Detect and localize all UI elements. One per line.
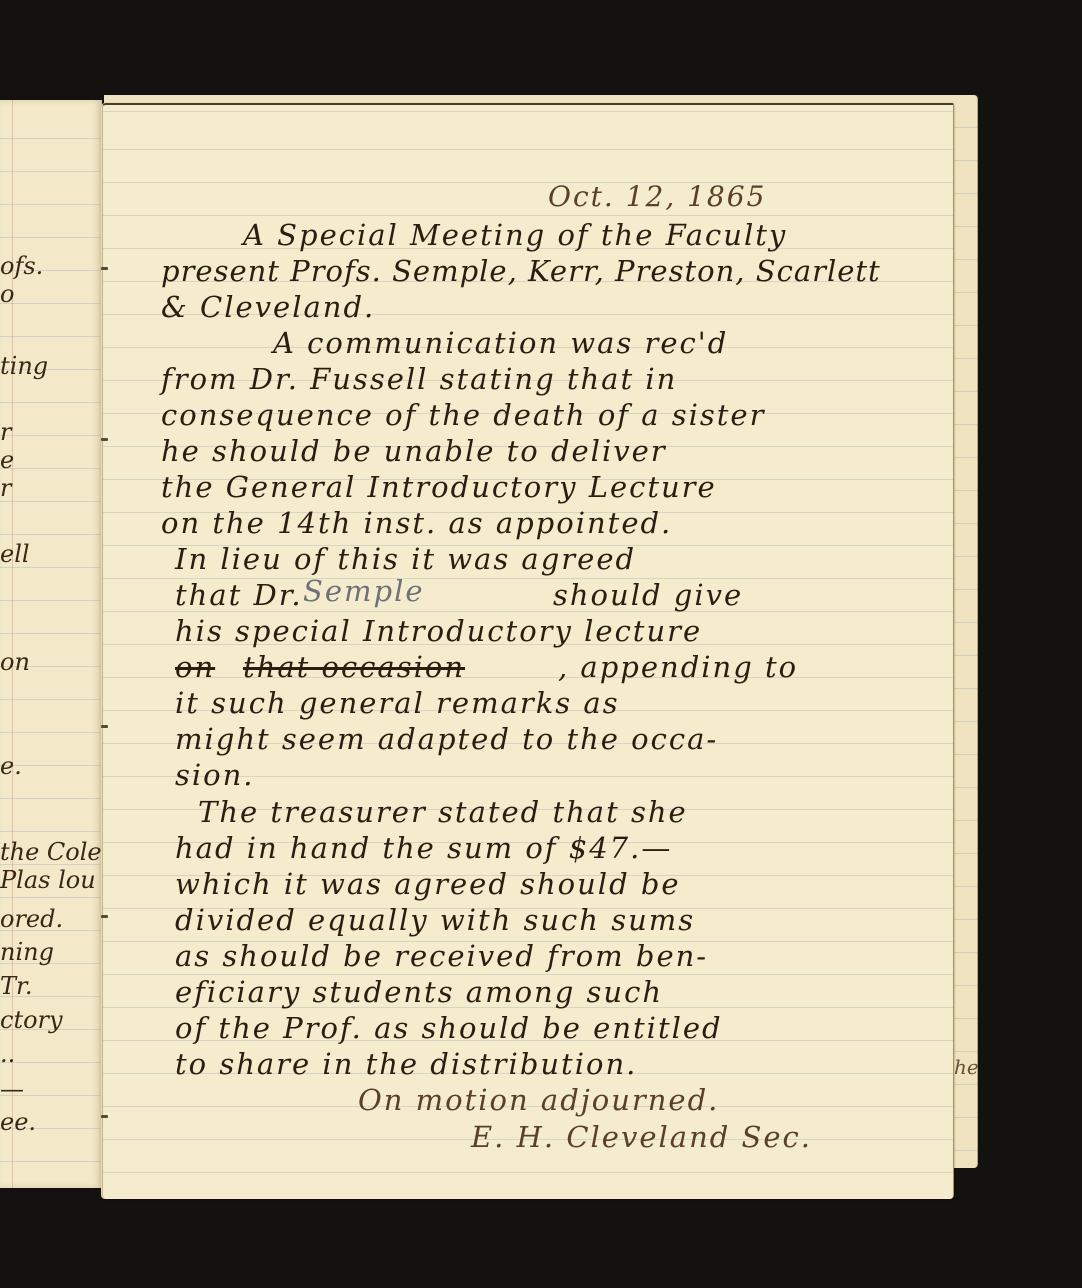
manuscript-line: eficiary students among such <box>175 975 663 1009</box>
left-fragment: Plas lou <box>0 866 96 894</box>
left-fragment: e <box>0 446 14 474</box>
manuscript-line: his special Introductory lecture <box>175 614 702 648</box>
manuscript-line: the General Introductory Lecture <box>161 470 717 504</box>
struck-text: that occasion <box>243 650 465 684</box>
manuscript-line: divided equally with such sums <box>175 903 695 937</box>
left-fragment: e. <box>0 752 22 780</box>
left-fragment: .. <box>0 1040 15 1068</box>
binding-stitch <box>101 1115 108 1118</box>
manuscript-line: from Dr. Fussell stating that in <box>161 362 677 396</box>
manuscript-line: as should be received from ben- <box>175 939 708 973</box>
left-fragment: ning <box>0 938 54 966</box>
manuscript-line: to share in the distribution. <box>175 1047 637 1081</box>
manuscript-line: of the Prof. as should be entitled <box>175 1011 723 1045</box>
manuscript-line: on the 14th inst. as appointed. <box>161 506 672 540</box>
left-fragment: ored. <box>0 905 63 933</box>
manuscript-line: A communication was rec'd <box>273 326 728 360</box>
binding-stitch <box>101 438 108 441</box>
signature: E. H. Cleveland Sec. <box>471 1120 812 1154</box>
binding-stitch <box>101 267 108 270</box>
manuscript-line: that Dr. <box>175 578 303 612</box>
left-fragment: the Cole <box>0 838 102 866</box>
binding-stitch <box>101 915 108 918</box>
manuscript-line: & Cleveland. <box>161 290 375 324</box>
manuscript-line: present Profs. Semple, Kerr, Preston, Sc… <box>161 254 881 288</box>
left-page-fragment: ofs. o ting r e r ell on e. the Cole Pla… <box>0 100 102 1188</box>
entry-date: Oct. 12, 1865 <box>548 180 766 213</box>
pencil-correction: Semple <box>303 574 425 608</box>
binding-stitch <box>101 725 108 728</box>
manuscript-line: In lieu of this it was agreed <box>175 542 636 576</box>
manuscript-line: had in hand the sum of $47.— <box>175 831 672 865</box>
manuscript-line: which it was agreed should be <box>175 867 681 901</box>
struck-text: on <box>175 650 215 684</box>
left-fragment: on <box>0 648 30 676</box>
left-fragment: r <box>0 474 11 502</box>
left-fragment: Tr. <box>0 972 32 1000</box>
left-fragment: ctory <box>0 1006 63 1034</box>
manuscript-line: The treasurer stated that she <box>198 795 688 829</box>
left-fragment: ee. <box>0 1108 36 1136</box>
manuscript-line: On motion adjourned. <box>358 1083 719 1117</box>
left-fragment: o <box>0 280 14 308</box>
manuscript-line: consequence of the death of a sister <box>161 398 765 432</box>
manuscript-page: Oct. 12, 1865 A Special Meeting of the F… <box>102 103 954 1199</box>
manuscript-line: it such general remarks as <box>175 686 620 720</box>
left-fragment: ting <box>0 352 48 380</box>
left-fragment: r <box>0 418 11 446</box>
manuscript-line: might seem adapted to the occa- <box>175 722 718 756</box>
manuscript-line: sion. <box>175 758 255 792</box>
manuscript-line: he should be unable to deliver <box>161 434 667 468</box>
back-page-fragment: he <box>954 1055 979 1079</box>
left-fragment: ofs. <box>0 252 43 280</box>
left-fragment: — <box>0 1075 24 1103</box>
manuscript-line: , appending to <box>558 650 798 684</box>
manuscript-line: should give <box>553 578 743 612</box>
left-fragment: ell <box>0 540 30 568</box>
manuscript-line: A Special Meeting of the Faculty <box>243 218 787 252</box>
